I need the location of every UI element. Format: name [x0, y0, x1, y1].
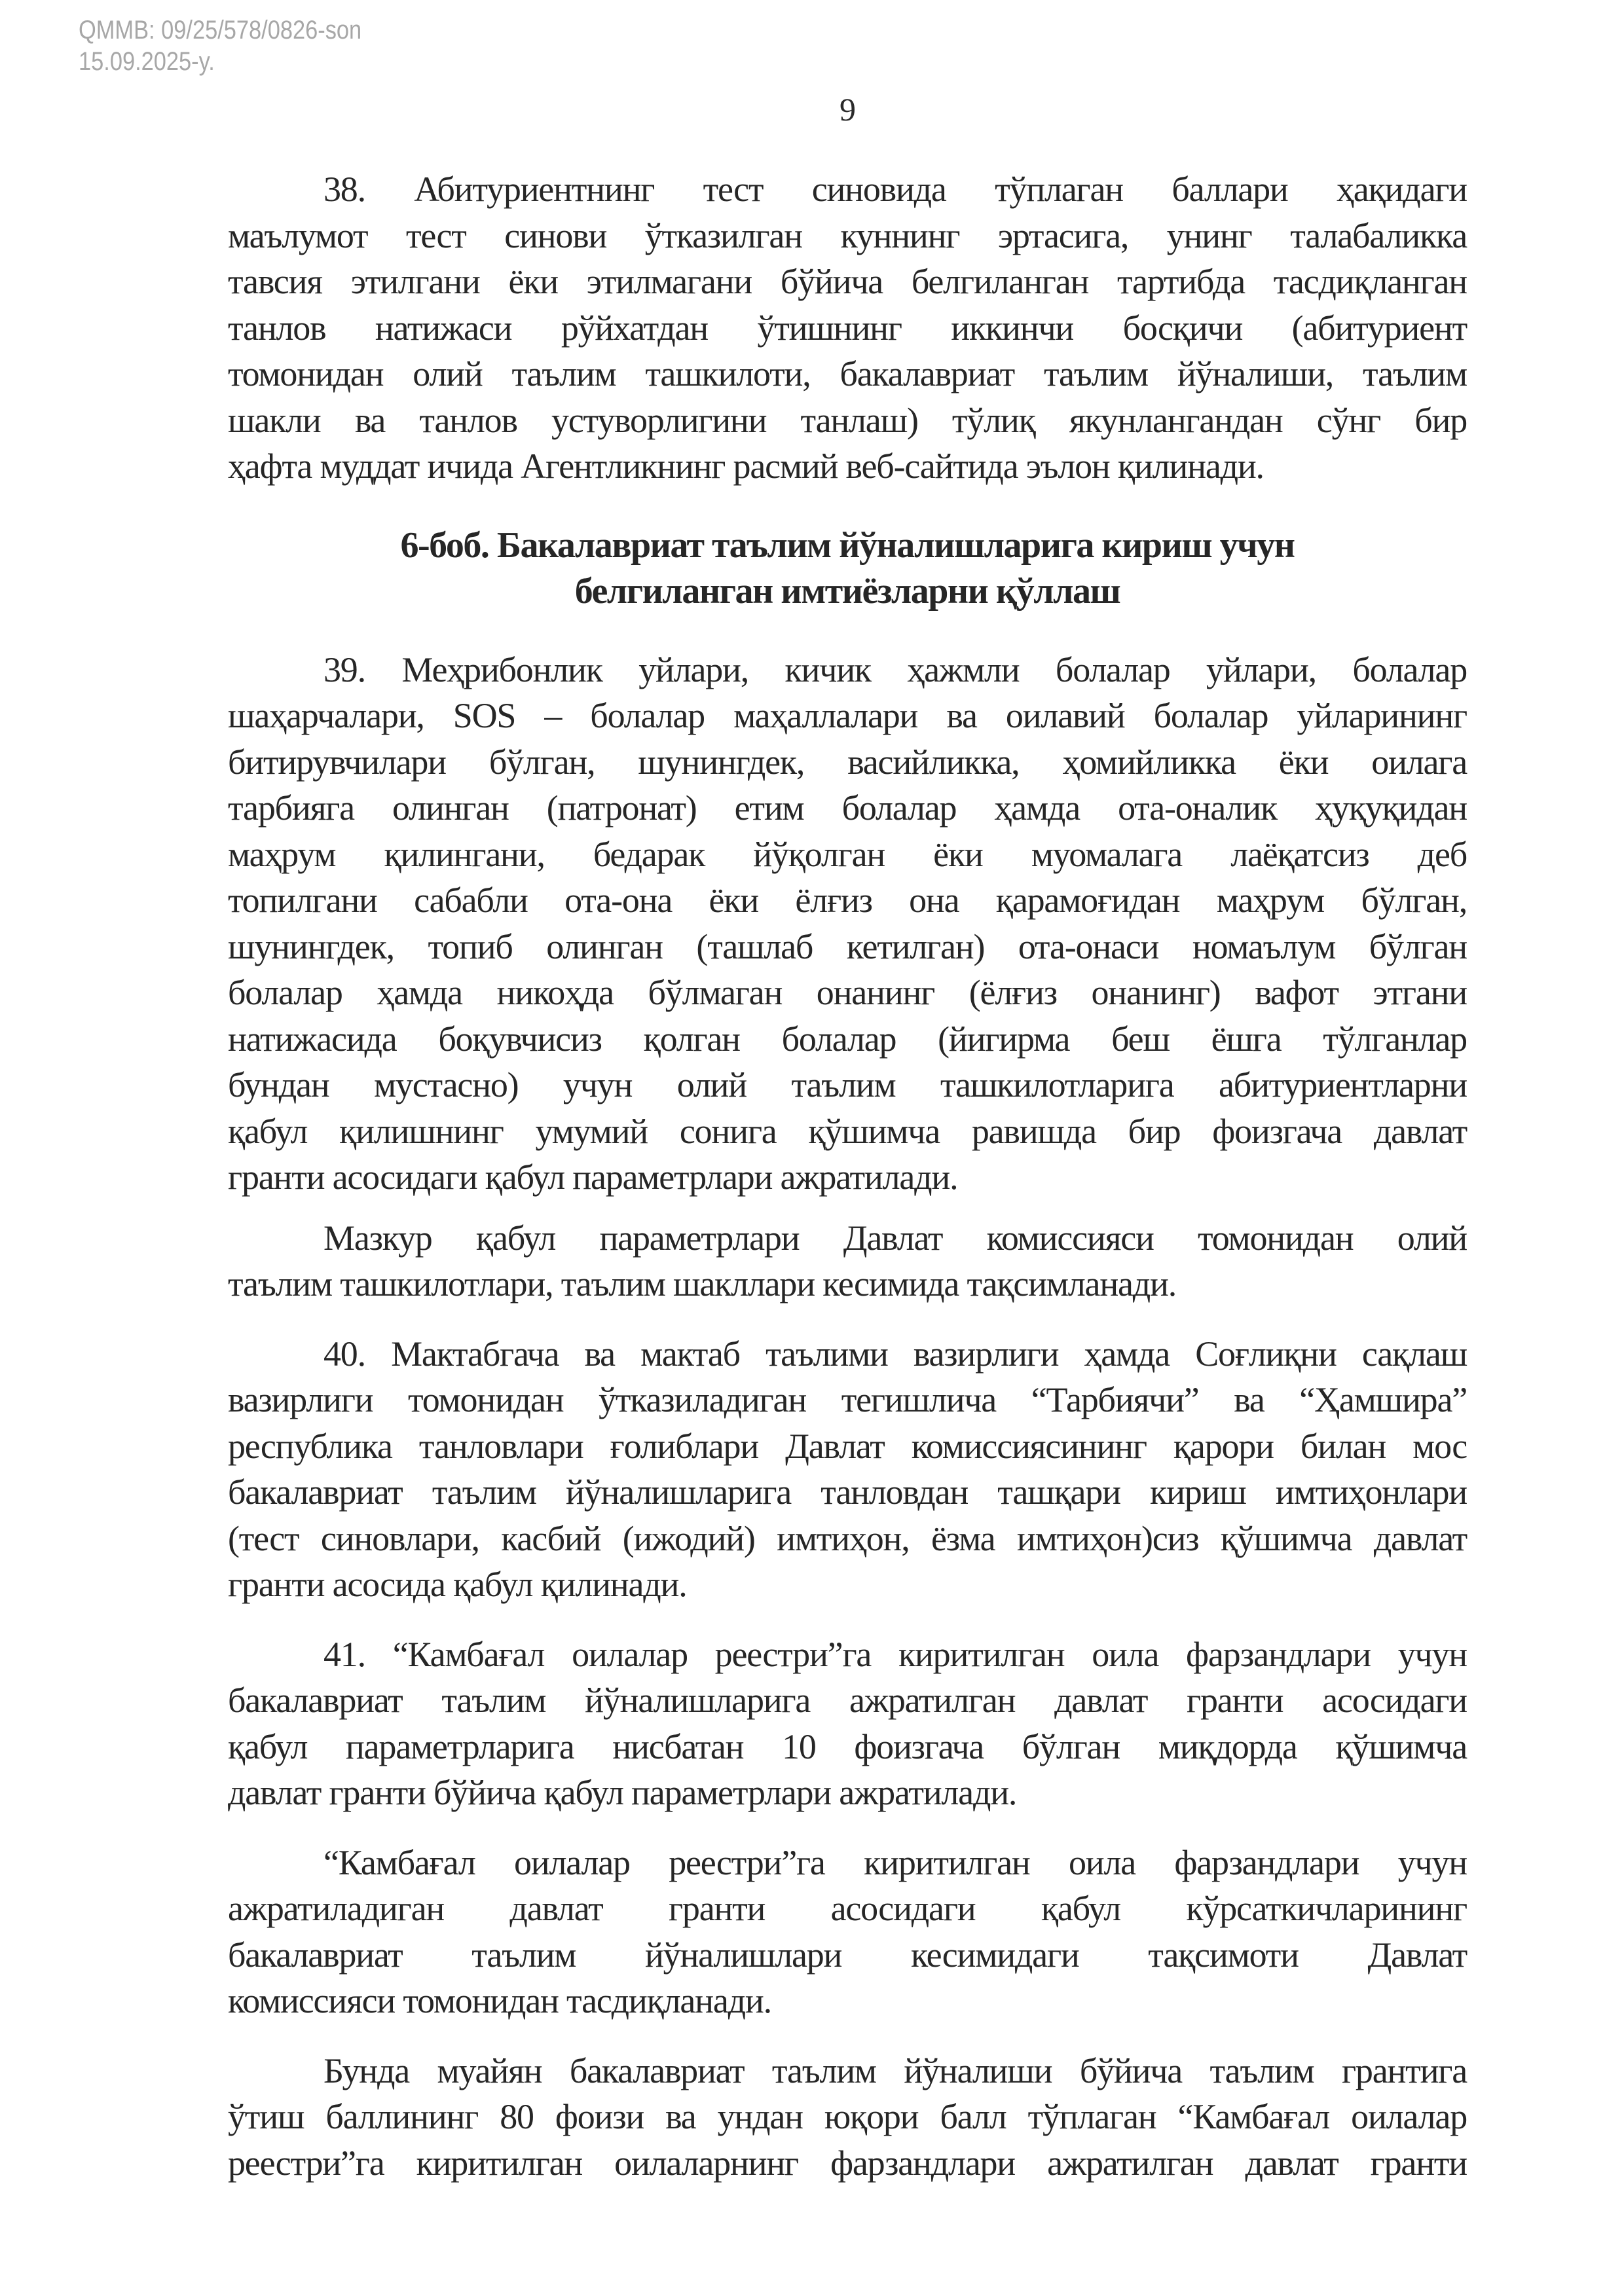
- heading-line: 6-боб. Бакалавриат таълим йўналишларига …: [228, 522, 1467, 568]
- text-line: бакалавриат таълим йўналишлари кесимидаг…: [228, 1932, 1467, 1978]
- text-line: томонидан олий таълим ташкилоти, бакалав…: [228, 351, 1467, 397]
- text-line: ҳафта муддат ичида Агентликнинг расмий в…: [228, 443, 1467, 490]
- text-line: топилгани сабабли ота-она ёки ёлғиз она …: [228, 877, 1467, 924]
- text-line: болалар ҳамда никоҳда бўлмаган онанинг (…: [228, 970, 1467, 1016]
- text-line: қабул параметрларига нисбатан 10 фоизгач…: [228, 1724, 1467, 1770]
- document-body: 38. Абитуриентнинг тест синовида тўплага…: [228, 166, 1467, 2186]
- page-number: 9: [840, 90, 856, 128]
- text-line: бундан мустасно) учун олий таълим ташкил…: [228, 1062, 1467, 1108]
- text-line: таълим ташкилотлари, таълим шакллари кес…: [228, 1261, 1467, 1307]
- text-line: ажратиладиган давлат гранти асосидаги қа…: [228, 1886, 1467, 1932]
- paragraph-41-continuation: “Камбағал оилалар реестри”га киритилган …: [228, 1840, 1467, 2024]
- text-line: бакалавриат таълим йўналишларига танловд…: [228, 1469, 1467, 1516]
- document-page: QMMB: 09/25/578/0826-son 15.09.2025-y. 9…: [0, 0, 1624, 2296]
- text-line: Бунда муайян бакалавриат таълим йўналиши…: [228, 2048, 1467, 2094]
- text-line: “Камбағал оилалар реестри”га киритилган …: [228, 1840, 1467, 1886]
- paragraph-41: 41. “Камбағал оилалар реестри”га киритил…: [228, 1631, 1467, 1816]
- paragraph-39: 39. Меҳрибонлик уйлари, кичик ҳажмли бол…: [228, 647, 1467, 1201]
- text-line: маълумот тест синови ўтказилган куннинг …: [228, 213, 1467, 259]
- text-line: Мазкур қабул параметрлари Давлат комисси…: [228, 1215, 1467, 1262]
- text-line: 41. “Камбағал оилалар реестри”га киритил…: [228, 1631, 1467, 1678]
- chapter-heading: 6-боб. Бакалавриат таълим йўналишларига …: [228, 522, 1467, 614]
- text-line: 38. Абитуриентнинг тест синовида тўплага…: [228, 166, 1467, 213]
- text-line: тарбияга олинган (патронат) етим болалар…: [228, 785, 1467, 831]
- paragraph-39-continuation: Мазкур қабул параметрлари Давлат комисси…: [228, 1215, 1467, 1307]
- paragraph-41-detail: Бунда муайян бакалавриат таълим йўналиши…: [228, 2048, 1467, 2187]
- text-line: (тест синовлари, касбий (ижодий) имтиҳон…: [228, 1516, 1467, 1562]
- text-line: гранти асосидаги қабул параметрлари ажра…: [228, 1154, 1467, 1201]
- text-line: вазирлиги томонидан ўтказиладиган тегишл…: [228, 1377, 1467, 1423]
- text-line: 40. Мактабгача ва мактаб таълими вазирли…: [228, 1331, 1467, 1377]
- text-line: ўтиш баллининг 80 фоизи ва ундан юқори б…: [228, 2094, 1467, 2140]
- text-line: 39. Меҳрибонлик уйлари, кичик ҳажмли бол…: [228, 647, 1467, 693]
- text-line: шаҳарчалари, SOS – болалар маҳаллалари в…: [228, 693, 1467, 739]
- registration-date: 15.09.2025-y.: [79, 46, 361, 77]
- text-line: гранти асосида қабул қилинади.: [228, 1561, 1467, 1608]
- registration-number: QMMB: 09/25/578/0826-son: [79, 14, 361, 46]
- paragraph-40: 40. Мактабгача ва мактаб таълими вазирли…: [228, 1331, 1467, 1608]
- text-line: қабул қилишнинг умумий сонига қўшимча ра…: [228, 1108, 1467, 1155]
- text-line: давлат гранти бўйича қабул параметрлари …: [228, 1770, 1467, 1816]
- text-line: республика танловлари ғолиблари Давлат к…: [228, 1423, 1467, 1470]
- text-line: танлов натижаси рўйхатдан ўтишнинг иккин…: [228, 305, 1467, 352]
- text-line: тавсия этилгани ёки этилмагани бўйича бе…: [228, 259, 1467, 305]
- heading-line: белгиланган имтиёзларни қўллаш: [228, 568, 1467, 614]
- text-line: бакалавриат таълим йўналишларига ажратил…: [228, 1677, 1467, 1724]
- text-line: маҳрум қилингани, бедарак йўқолган ёки м…: [228, 831, 1467, 878]
- text-line: реестри”га киритилган оилаларнинг фарзан…: [228, 2140, 1467, 2187]
- text-line: шунингдек, топиб олинган (ташлаб кетилга…: [228, 924, 1467, 970]
- text-line: битирувчилари бўлган, шунингдек, васийли…: [228, 739, 1467, 786]
- paragraph-38: 38. Абитуриентнинг тест синовида тўплага…: [228, 166, 1467, 490]
- text-line: комиссияси томонидан тасдиқланади.: [228, 1978, 1467, 2024]
- text-line: шакли ва танлов устуворлигини танлаш) тў…: [228, 397, 1467, 444]
- registration-stamp: QMMB: 09/25/578/0826-son 15.09.2025-y.: [79, 14, 361, 77]
- text-line: натижасида боқувчисиз қолган болалар (йи…: [228, 1016, 1467, 1063]
